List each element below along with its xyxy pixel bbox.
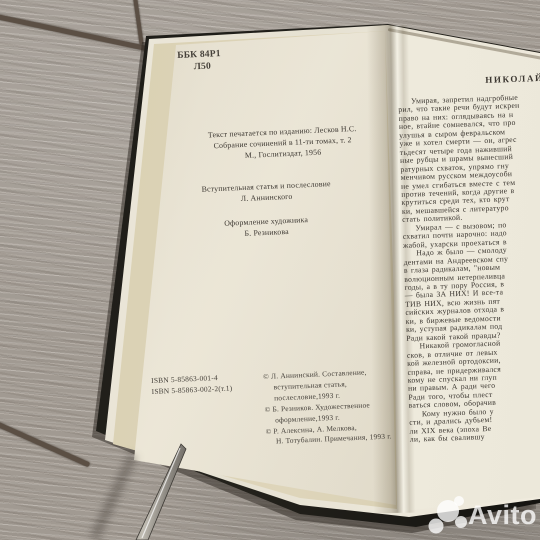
tile-grout-line xyxy=(133,0,144,45)
text-line: ББК 84Р1 xyxy=(177,48,221,62)
running-head: НИКОЛАЙ ЛЕ xyxy=(485,72,540,85)
bbk-classification-block: ББК 84Р1Л50 xyxy=(177,48,221,74)
watermark-label: Avito xyxy=(468,500,537,531)
photo-of-open-book: ББК 84Р1Л50 Текст печатается по изданию:… xyxy=(0,0,540,540)
metal-stylus-icon xyxy=(115,438,195,540)
tile-grout-line xyxy=(0,421,90,467)
avito-logo-icon xyxy=(424,494,470,540)
isbn-block: ISBN 5-85863-001-4ISBN 5-85863-002-2(т.1… xyxy=(151,372,233,397)
tile-grout-line xyxy=(0,14,155,53)
copyright-block: © Л. Аннинский. Составление,вступительна… xyxy=(263,366,406,448)
body-text-block: Умирая, запретил надгробныерил, что таки… xyxy=(398,94,531,445)
text-line: Л50 xyxy=(194,60,222,73)
avito-watermark: Avito xyxy=(424,494,540,540)
